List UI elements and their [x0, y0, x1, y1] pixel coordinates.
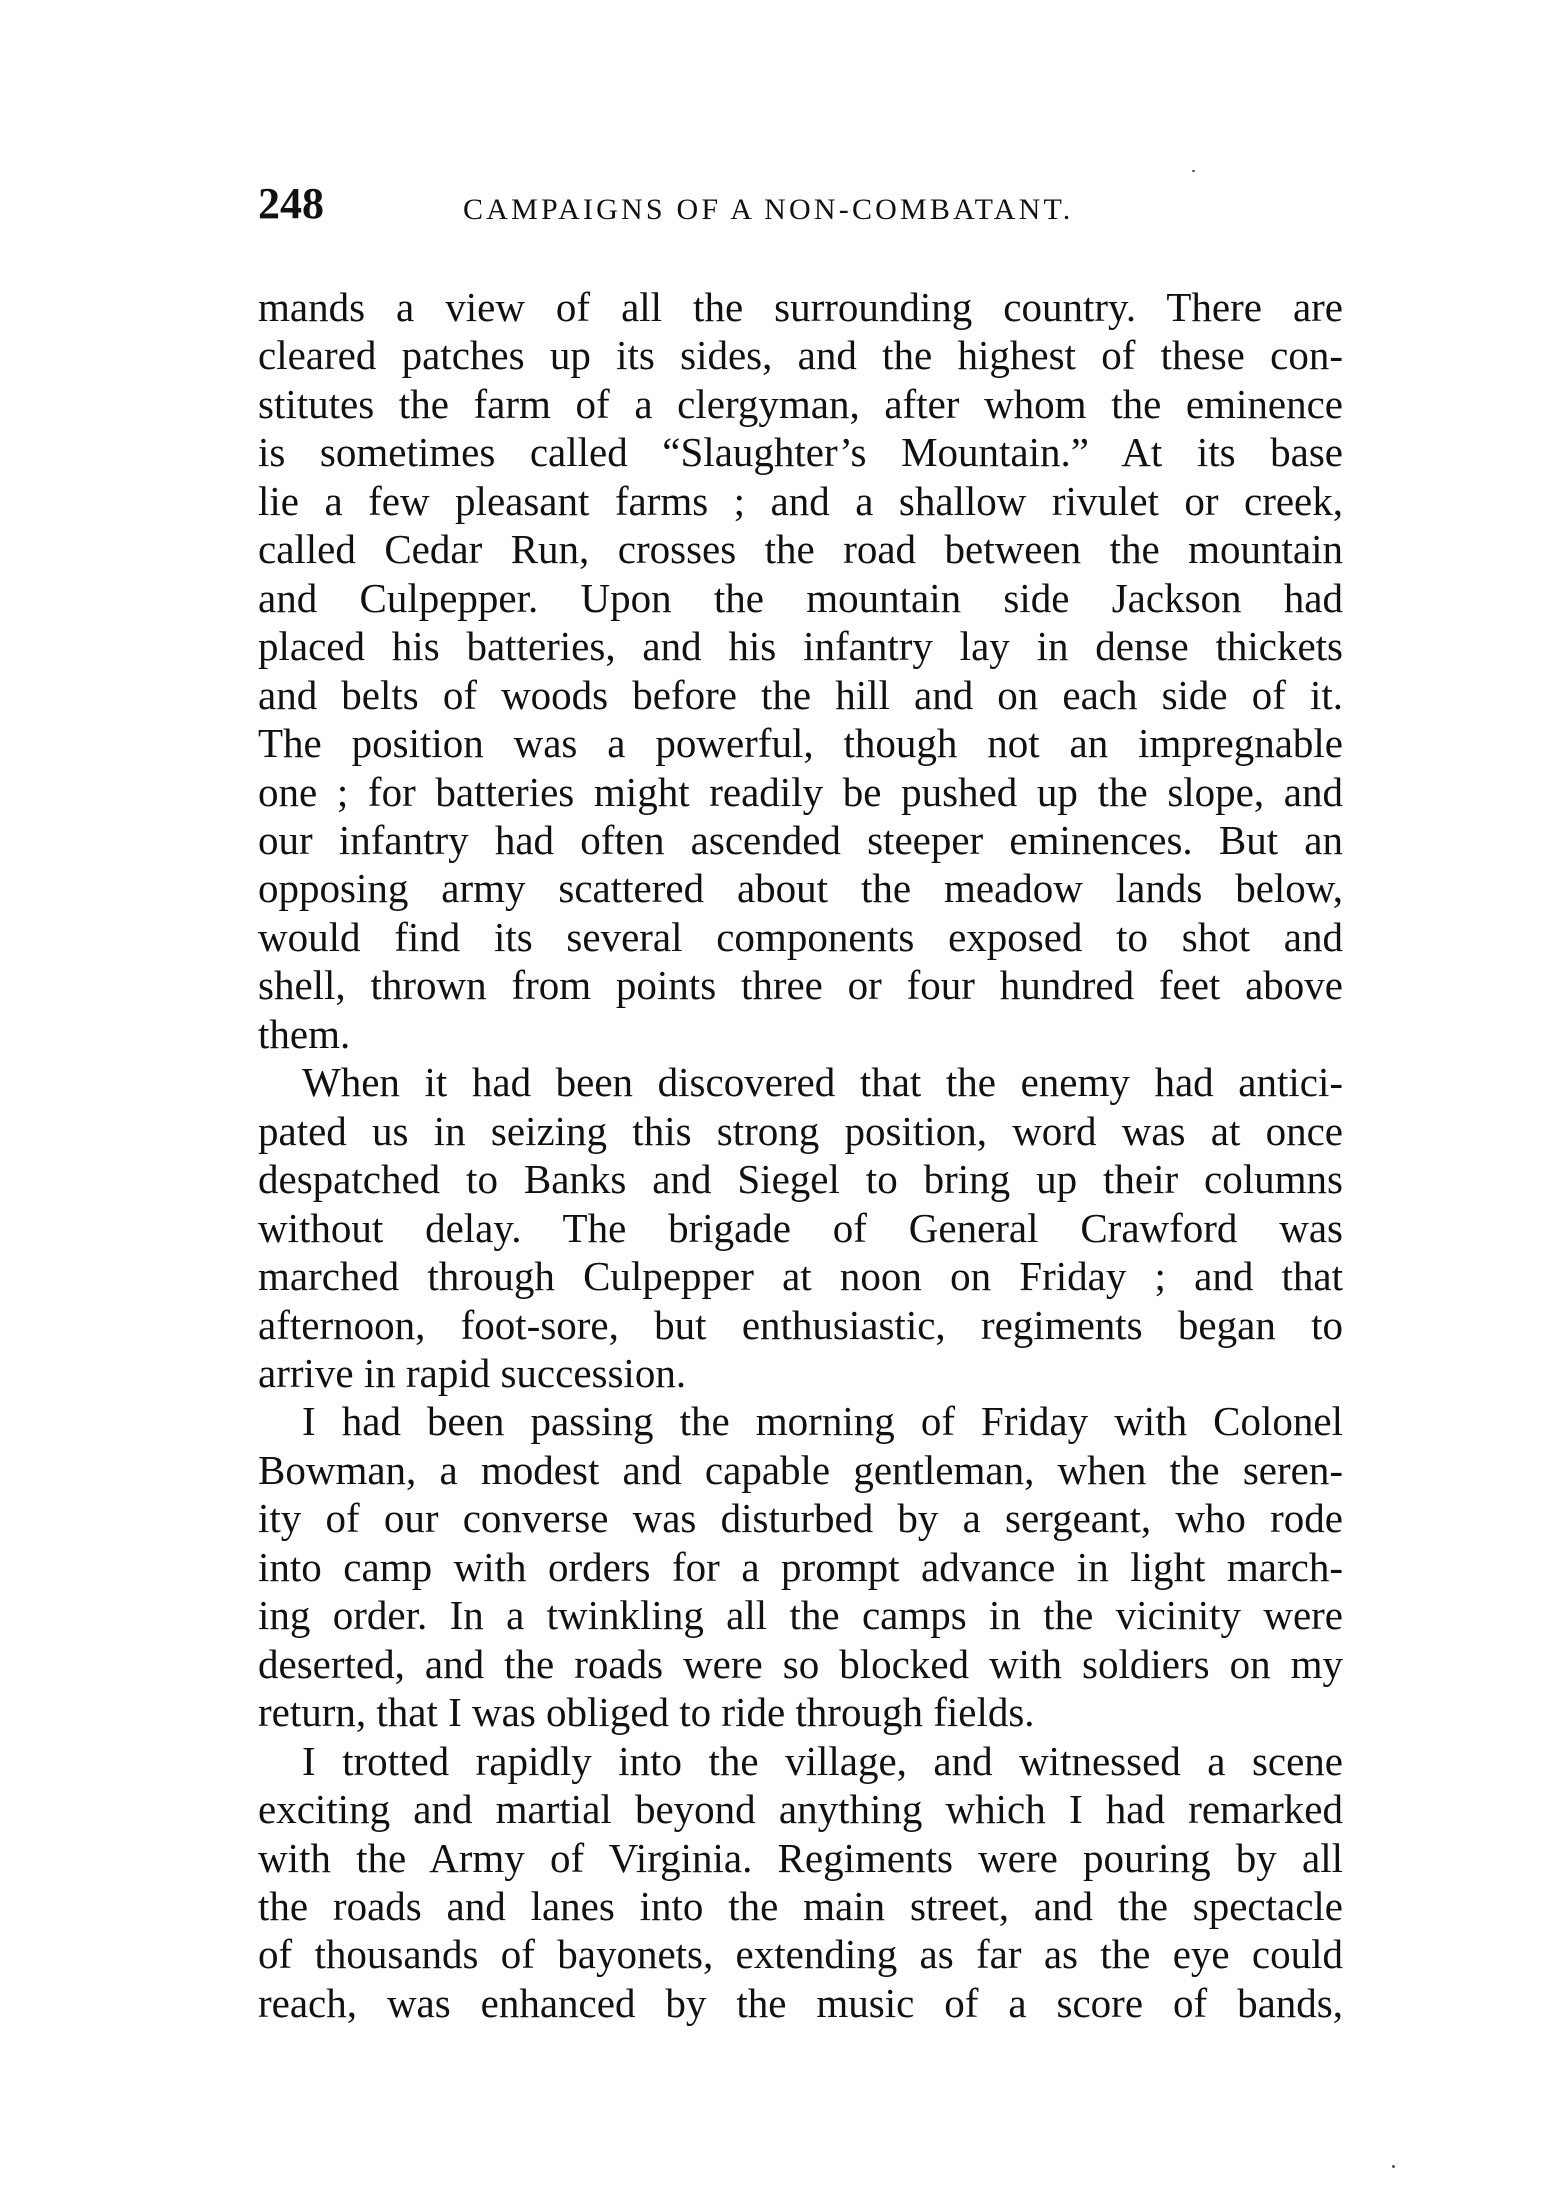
text-line: placed his batteries, and his infantry l… — [258, 622, 1343, 670]
text-line: I had been passing the morning of Friday… — [258, 1397, 1343, 1445]
book-page: 248 CAMPAIGNS OF A NON-COMBATANT. mands … — [0, 0, 1556, 2202]
text-line: marched through Culpepper at noon on Fri… — [258, 1252, 1343, 1300]
text-line: ing order. In a twinkling all the camps … — [258, 1591, 1343, 1639]
text-line: our infantry had often ascended steeper … — [258, 816, 1343, 864]
paragraph-3: I had been passing the morning of Friday… — [258, 1397, 1343, 1736]
text-line: shell, thrown from points three or four … — [258, 961, 1343, 1009]
text-line: opposing army scattered about the meadow… — [258, 864, 1343, 912]
running-head: CAMPAIGNS OF A NON-COMBATANT. — [463, 190, 1130, 230]
text-line: reach, was enhanced by the music of a sc… — [258, 1979, 1343, 2027]
text-line: arrive in rapid succession. — [258, 1349, 1343, 1397]
text-line: with the Army of Virginia. Regiments wer… — [258, 1834, 1343, 1882]
paragraph-2: When it had been discovered that the ene… — [258, 1058, 1343, 1397]
text-line: exciting and martial beyond anything whi… — [258, 1785, 1343, 1833]
text-line: return, that I was obliged to ride throu… — [258, 1688, 1343, 1736]
text-line: without delay. The brigade of General Cr… — [258, 1204, 1343, 1252]
text-line: is sometimes called “Slaughter’s Mountai… — [258, 428, 1343, 476]
text-line: pated us in seizing this strong position… — [258, 1107, 1343, 1155]
text-line: afternoon, foot-sore, but enthusiastic, … — [258, 1301, 1343, 1349]
text-line: despatched to Banks and Siegel to bring … — [258, 1155, 1343, 1203]
text-line: into camp with orders for a prompt advan… — [258, 1543, 1343, 1591]
text-line: mands a view of all the surrounding coun… — [258, 283, 1343, 331]
text-line: I trotted rapidly into the village, and … — [258, 1737, 1343, 1785]
text-line: lie a few pleasant farms ; and a shallow… — [258, 477, 1343, 525]
text-line: called Cedar Run, crosses the road betwe… — [258, 525, 1343, 573]
body-text: mands a view of all the surrounding coun… — [258, 283, 1343, 2027]
text-line: the roads and lanes into the main street… — [258, 1882, 1343, 1930]
paragraph-1-continued: mands a view of all the surrounding coun… — [258, 283, 1343, 1058]
text-line: When it had been discovered that the ene… — [258, 1058, 1343, 1106]
scan-speck — [1392, 2165, 1395, 2168]
text-line: stitutes the farm of a clergyman, after … — [258, 380, 1343, 428]
page-number: 248 — [258, 178, 324, 230]
paragraph-4: I trotted rapidly into the village, and … — [258, 1737, 1343, 2028]
text-line: cleared patches up its sides, and the hi… — [258, 331, 1343, 379]
text-line: and Culpepper. Upon the mountain side Ja… — [258, 574, 1343, 622]
text-line: Bowman, a modest and capable gentleman, … — [258, 1446, 1343, 1494]
text-line: of thousands of bayonets, extending as f… — [258, 1930, 1343, 1978]
text-line: and belts of woods before the hill and o… — [258, 671, 1343, 719]
text-line: deserted, and the roads were so blocked … — [258, 1640, 1343, 1688]
text-line: ity of our converse was disturbed by a s… — [258, 1494, 1343, 1542]
scan-speck — [1192, 170, 1195, 172]
text-line: would find its several components expose… — [258, 913, 1343, 961]
text-line: The position was a powerful, though not … — [258, 719, 1343, 767]
text-line: them. — [258, 1010, 1343, 1058]
page-header: 248 CAMPAIGNS OF A NON-COMBATANT. — [258, 0, 1343, 240]
text-line: one ; for batteries might readily be pus… — [258, 768, 1343, 816]
